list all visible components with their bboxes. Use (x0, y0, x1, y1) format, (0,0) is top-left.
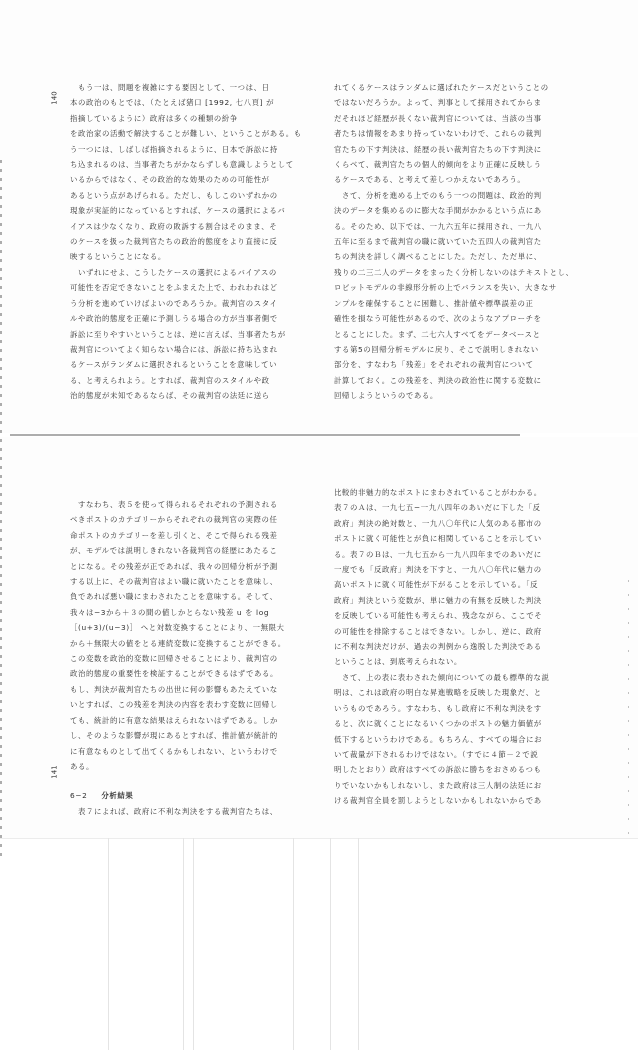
text-line: 可能性を否定できないことをふまえた上で、われわれはど (70, 280, 306, 295)
text-line: もう一は、問題を複雑にする要因として、一つは、日 (70, 80, 306, 95)
text-line: が、モデルでは説明しきれない各裁判官の経歴にあたるこ (70, 543, 306, 558)
text-line: する以上に、その裁判官はよい職に就いたことを意味し、 (70, 574, 306, 589)
text-line: 裁判官についてよく知らない場合には、訴訟に持ち込まれ (70, 342, 306, 357)
text-line: さて、分析を進める上でのもう一つの問題は、政治的判 (334, 188, 570, 203)
text-line: ではないだろうか。よって、判事として採用されてからま (334, 95, 570, 110)
text-line: りでいないかもしれないし、また政府は三人制の法廷にお (334, 778, 570, 793)
text-line: を政治家の活動で解決することが難しい、ということがある。も (70, 126, 306, 141)
text-line: 政治的態度の重要性を検証することができるはずである。 (70, 666, 306, 681)
text-column-p141-left: すなわち、表５を使って得られるそれぞれの予測される べきポストのカテゴリーからそ… (70, 497, 306, 819)
text-line: 映するということになる。 (70, 249, 306, 264)
text-line: いずれにせよ、こうしたケースの選択によるバイアスの (70, 265, 306, 280)
text-line: くらべて、裁判官たちの個人的傾向をより正確に反映しう (334, 157, 570, 172)
scan-artifact-line (193, 838, 194, 1050)
scan-artifact-line (108, 838, 109, 1050)
scan-edge-left (0, 160, 2, 860)
scan-artifact-line (183, 838, 184, 1050)
scan-artifact-line (358, 838, 359, 1050)
text-line: 残りの二三二人のデータをまったく分析しないのはテキストとし、 (334, 265, 570, 280)
section-number: 6−2 (70, 791, 87, 800)
text-line: 政府」判決という変数が、単に魅力の有無を反映した判決 (334, 593, 570, 608)
text-line: 明は、これは政府の明白な昇進戦略を反映した現象だ、と (334, 685, 570, 700)
text-line: る、と考えられよう。とすれば、裁判官のスタイルや政 (70, 373, 306, 388)
text-line: 本の政治のもとでは、（たとえば猪口 [1992, 七八頁] が (70, 95, 306, 110)
text-line: る。表７のＢは、一九七五から一九八四年までのあいだに (334, 547, 570, 562)
text-column-p141-right: 比較的非魅力的なポストにまわされていることがわかる。 表７のＡは、一九七五−一九… (334, 485, 570, 809)
text-line: 負であれば悪い職にまわされたことを意味する。そして、 (70, 589, 306, 604)
text-line: さて、上の表に表わされた傾向についての最も標準的な説 (334, 670, 570, 685)
text-line: イアスは少なくなり、政府の敗訴する割合はそのまま、そ (70, 219, 306, 234)
text-line: 比較的非魅力的なポストにまわされていることがわかる。 (334, 485, 570, 500)
page-number: 140 (51, 91, 59, 104)
text-line: 決のデータを集めるのに膨大な手間がかかるという点にあ (334, 203, 570, 218)
text-line: すなわち、表５を使って得られるそれぞれの予測される (70, 497, 306, 512)
text-line: 指摘しているように）政府は多くの種類の紛争 (70, 111, 306, 126)
text-line: ［(u+3)/(u−3)］ へと対数変換することにより、一無限大 (70, 620, 306, 635)
text-line: する第5の回帰分析モデルに戻り、そこで説明しきれない (334, 342, 570, 357)
text-line: 我々は−3から＋３の間の値しかとらない残差 u を log (70, 605, 306, 620)
text-line: ると、次に就くことになるいくつかのポストの魅力価値が (334, 716, 570, 731)
text-line: の可能性を排除することはできない。しかし、逆に、政府 (334, 624, 570, 639)
text-column-p140-left: もう一は、問題を複雑にする要因として、一つは、日 本の政治のもとでは、（たとえば… (70, 80, 306, 404)
text-line: ロビットモデルの非線形分析の上でバランスを失い、大きなサ (334, 280, 570, 295)
text-line: いて裁量が下されるわけではない。（すでに４節－２で説 (334, 747, 570, 762)
text-line: に有意なものとして出てくるかもしれない、というわけで (70, 744, 306, 759)
text-line: ンプルを確保することに困難し、推計値や標準誤差の正 (334, 296, 570, 311)
text-line: のケースを扱った裁判官たちの政治的態度をより直接に反 (70, 234, 306, 249)
text-line: 政府」判決の絶対数と、一九八〇年代に人気のある都市の (334, 516, 570, 531)
text-line: ち込まれるのは、当事者たちがかならずしも意識しようとして (70, 157, 306, 172)
text-line: う分析を進めていけばよいのであろうか。裁判官のスタイ (70, 296, 306, 311)
text-line: から＋無限大の値をとる連続変数に変換することができる。 (70, 636, 306, 651)
scan-artifact-line (293, 838, 294, 1050)
text-line: るケースである、と考えて差しつかえないであろう。 (334, 172, 570, 187)
text-line: もし、判決が裁判官たちの出世に何の影響もあたえていな (70, 682, 306, 697)
text-line: いるからではなく、その政治的な効果のための可能性が (70, 172, 306, 187)
text-line: 一度でも「反政府」判決を下すと、一九八〇年代に魅力の (334, 562, 570, 577)
section-title: 分析結果 (101, 791, 133, 800)
text-line: この変数を政治的変数に回帰させることにより、裁判官の (70, 651, 306, 666)
text-line: 低下するというわけである。もちろん、すべての場合にお (334, 732, 570, 747)
text-line: 命ポストのカテゴリーを差し引くと、そこで得られる残差 (70, 528, 306, 543)
text-line: 訴訟に至りやすいということは、逆に言えば、当事者たちが (70, 327, 306, 342)
text-line: ける裁判官全員を罰しようとしないかもしれないからであ (334, 793, 570, 808)
text-line: とることにした。まず、二七六人すべてをデータベースと (334, 327, 570, 342)
text-line: ちの判決を詳しく調べることにした。ただし、ただ単に、 (334, 249, 570, 264)
text-line: 回帰しようというのである。 (334, 388, 570, 403)
text-line: いとすれば、この残差を判決の内容を表わす変数に回帰し (70, 697, 306, 712)
scan-edge-right (628, 580, 629, 840)
text-line: れてくるケースはランダムに選ばれたケースだということの (334, 80, 570, 95)
text-line: だそれほど経歴が長くない裁判官については、当該の当事 (334, 111, 570, 126)
text-line: 部分を、すなわち「残差」をそれぞれの裁判官について (334, 357, 570, 372)
text-line: 明したとおり）政府はすべての訴訟に勝ちをおさめるつも (334, 762, 570, 777)
text-line: ポストに就く可能性とが負に相関していることを示してい (334, 531, 570, 546)
text-line: し、そのような影響が現にあるとすれば、推計値が統計的 (70, 728, 306, 743)
text-line: 現象が実証的になっているとすれば、ケースの選択によるバ (70, 203, 306, 218)
text-line: 表７のＡは、一九七五−一九八四年のあいだに下した「反 (334, 500, 570, 515)
text-line: 者たちは情報をあまり持っていないわけで、これらの裁判 (334, 126, 570, 141)
text-line: 治的態度が未知であるならば、その裁判官の法廷に送ら (70, 388, 306, 403)
text-line: ある。 (70, 759, 306, 774)
text-line: う一つには、しばしば指摘されるように、日本で訴訟に持 (70, 142, 306, 157)
text-line: いうものであろう。すなわち、もし政府に不利な判決をす (334, 701, 570, 716)
text-line: 五年に至るまで裁判官の職に就いていた五四人の裁判官た (334, 234, 570, 249)
text-line: を反映している可能性も考えられ、残念ながら、ここでそ (334, 608, 570, 623)
scan-artifact-line (330, 838, 331, 1050)
text-line: 計算しておく。この残差を、判決の政治性に関する変数に (334, 373, 570, 388)
text-line: とになる。その残差が正であれば、我々の回帰分析が予測 (70, 559, 306, 574)
text-line: 高いポストに就く可能性が下がることを示している。「反 (334, 577, 570, 592)
text-line: ルや政治的態度を正確に予測しうる場合の方が当事者側で (70, 311, 306, 326)
text-line: に不利な判決だけが、過去の判例から逸脱した判決である (334, 639, 570, 654)
scan-bottom-edge (0, 838, 638, 839)
text-line: ということは、到底考えられない。 (334, 654, 570, 669)
text-line: べきポストのカテゴリーからそれぞれの裁判官の実際の任 (70, 512, 306, 527)
section-heading: 6−2分析結果 (70, 788, 306, 803)
text-line: 表７によれば、政府に不利な判決をする裁判官たちは、 (70, 804, 306, 819)
page-divider (10, 434, 520, 436)
text-line: るケースがランダムに選択されるということを意味してい (70, 357, 306, 372)
text-line: ても、統計的に有意な結果はえられないはずである。しか (70, 713, 306, 728)
text-line: あるという点があげられる。ただし、もしこのいずれかの (70, 188, 306, 203)
text-line: 確性を損なう可能性があるので、次のようなアプローチを (334, 311, 570, 326)
text-line: 官たちの下す判決は、経歴の長い裁判官たちの下す判決に (334, 142, 570, 157)
text-line: る。そのため、以下では、一九六五年に採用され、一九八 (334, 219, 570, 234)
page-number: 141 (51, 765, 59, 778)
text-column-p140-right: れてくるケースはランダムに選ばれたケースだということの ではないだろうか。よって… (334, 80, 570, 404)
